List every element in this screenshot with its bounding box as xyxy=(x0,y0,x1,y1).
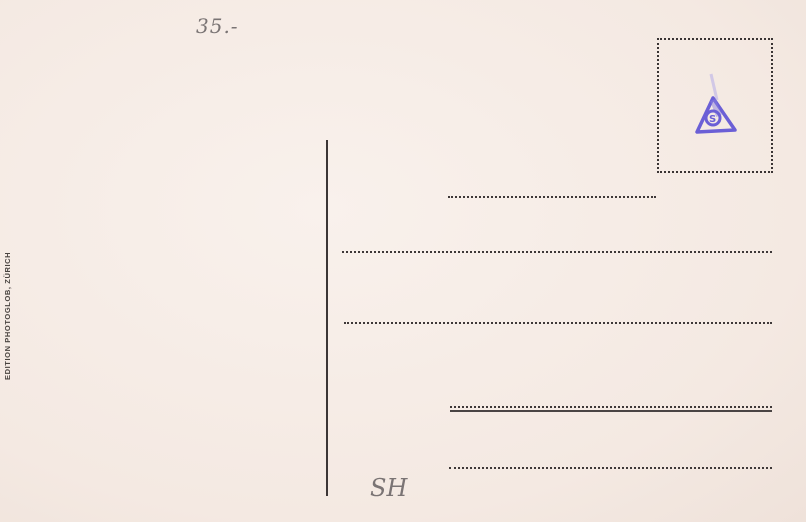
pencil-initials-note: SH xyxy=(370,474,407,502)
pencil-price-note: 35.- xyxy=(196,14,239,38)
address-line-4-underline xyxy=(450,410,772,412)
address-line-2 xyxy=(342,251,772,253)
center-divider-line xyxy=(326,140,328,496)
address-line-3 xyxy=(344,322,772,324)
svg-text:S: S xyxy=(709,114,716,125)
address-line-4 xyxy=(450,406,772,408)
triangle-stamp-icon: S xyxy=(693,70,739,138)
address-line-5 xyxy=(449,467,772,469)
publisher-imprint: EDITION PHOTOGLOB, ZÜRICH xyxy=(3,252,12,380)
address-line-1 xyxy=(448,196,656,198)
postcard-back: EDITION PHOTOGLOB, ZÜRICH 35.- SH S xyxy=(0,0,806,522)
